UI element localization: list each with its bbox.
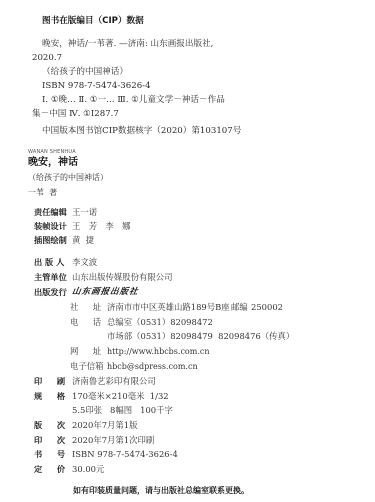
printer-value: 济南鲁艺彩印有限公司 <box>72 376 156 387</box>
price-label: 定 价 <box>34 464 68 475</box>
cip-line-4: ISBN 978-7-5474-3626-4 <box>42 81 151 92</box>
distribution-label: 出版发行 <box>34 287 67 298</box>
printing-value: 2020年7月第1次印刷 <box>72 435 154 446</box>
credit-label-design: 装帧设计 <box>34 221 67 232</box>
printer-label: 印 刷 <box>34 376 68 387</box>
edition-label: 版 次 <box>34 420 68 431</box>
cip-line-2: 2020.7 <box>32 53 62 64</box>
phone-marketing: 市场部（0531）82098479 82098476（传真） <box>107 331 294 342</box>
cip-record-number: 中国版本图书馆CIP数据核字（2020）第103107号 <box>42 126 241 137</box>
price-value: 30.00元 <box>72 464 104 475</box>
email-label: 电子信箱 <box>70 361 104 372</box>
address-value: 济南市市中区英雄山路189号B座 <box>107 302 230 313</box>
cip-line-3: （给孩子的中国神话） <box>42 67 128 78</box>
publisher-person-value: 李文波 <box>72 257 97 268</box>
credit-value-design: 王 芳 李 娜 <box>72 221 131 232</box>
format-value: 170毫米×210毫米 1/32 <box>72 391 169 402</box>
supervisor-value: 山东出版传媒股份有限公司 <box>72 272 173 283</box>
credit-value-editor: 王一诺 <box>72 207 97 218</box>
credit-value-illustration: 黄 捷 <box>72 235 94 246</box>
cip-line-5: Ⅰ. ①晚… Ⅱ. ①一… Ⅲ. ①儿童文学－神话－作品 <box>42 95 225 106</box>
supervisor-label: 主管单位 <box>34 272 67 283</box>
email-link[interactable]: hbcb@sdpress.com.cn <box>107 361 198 372</box>
address-label: 社 址 <box>70 302 104 313</box>
quality-notice: 如有印装质量问题，请与出版社总编室联系更换。 <box>73 485 249 496</box>
cip-heading: 图书在版编目（CIP）数据 <box>42 16 144 27</box>
postcode-label: 邮编 <box>231 302 248 313</box>
printing-label: 印 次 <box>34 435 68 446</box>
website-link[interactable]: http://www.hbcbs.com.cn <box>107 346 210 357</box>
cip-line-1: 晚安，神话/一苇著. —济南: 山东画报出版社, <box>42 39 213 50</box>
phone-editorial: 总编室（0531）82098472 <box>107 317 213 328</box>
book-title-pinyin: WANAN SHENHUA <box>28 149 76 155</box>
postcode-value: 250002 <box>251 302 283 313</box>
isbn-label: 书 号 <box>34 449 68 460</box>
book-title: 晚安，神话 <box>28 157 78 169</box>
isbn-value: ISBN 978-7-5474-3626-4 <box>72 449 178 460</box>
publisher-logo: 山东画报出版社 <box>71 287 139 298</box>
credit-label-editor: 责任编辑 <box>34 207 67 218</box>
edition-value: 2020年7月第1版 <box>72 420 137 431</box>
cip-line-6: 集－中国 Ⅳ. ①I287.7 <box>32 109 119 120</box>
format-label: 规 格 <box>34 391 68 402</box>
website-label: 网 址 <box>70 346 104 357</box>
publisher-person-label: 出 版 人 <box>34 257 64 268</box>
credit-label-illustration: 插图绘制 <box>34 235 67 246</box>
phone-label: 电 话 <box>70 317 104 328</box>
format-value-2: 5.5印张 8幅图 100千字 <box>72 405 173 416</box>
book-author: 一苇 著 <box>28 187 57 198</box>
book-series: （给孩子的中国神话） <box>28 172 108 183</box>
